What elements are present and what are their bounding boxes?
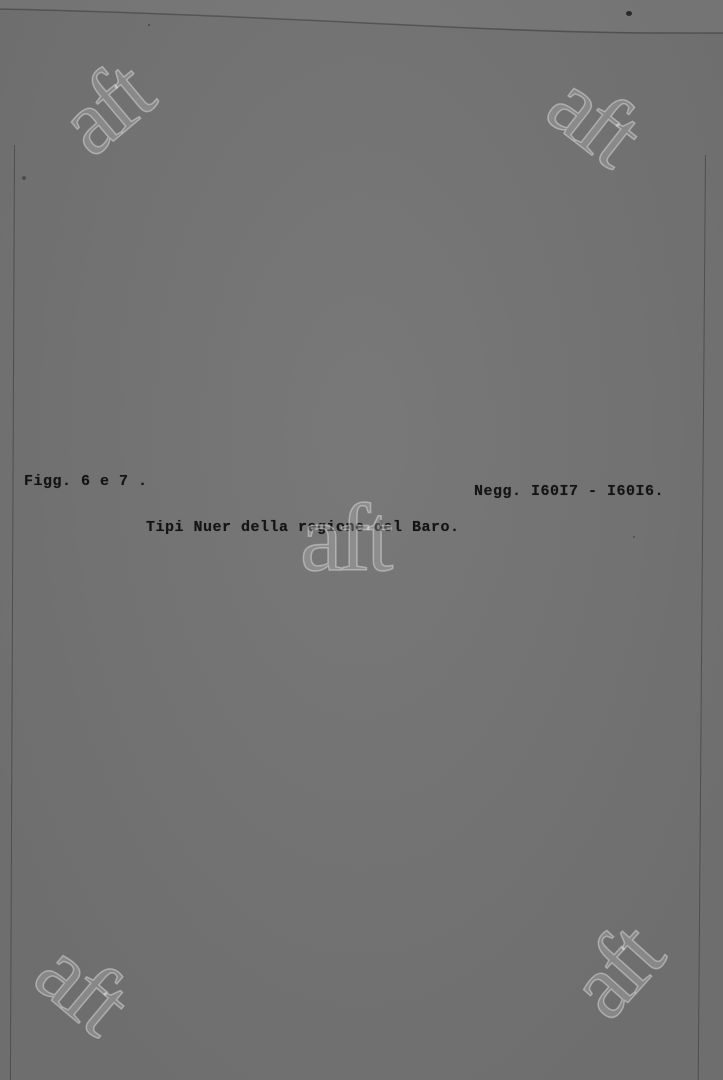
negative-numbers: Negg. I60I7 - I60I6. bbox=[474, 483, 664, 500]
dust-speck bbox=[626, 11, 632, 16]
photo-caption: Tipi Nuer della regione del Baro. bbox=[146, 519, 460, 536]
top-fold-edge bbox=[0, 0, 723, 40]
dust-speck bbox=[22, 176, 26, 180]
figure-reference: Figg. 6 e 7 . bbox=[24, 473, 148, 490]
dust-speck bbox=[633, 536, 635, 538]
dust-speck bbox=[148, 24, 150, 26]
scanned-card-background bbox=[0, 0, 723, 1080]
